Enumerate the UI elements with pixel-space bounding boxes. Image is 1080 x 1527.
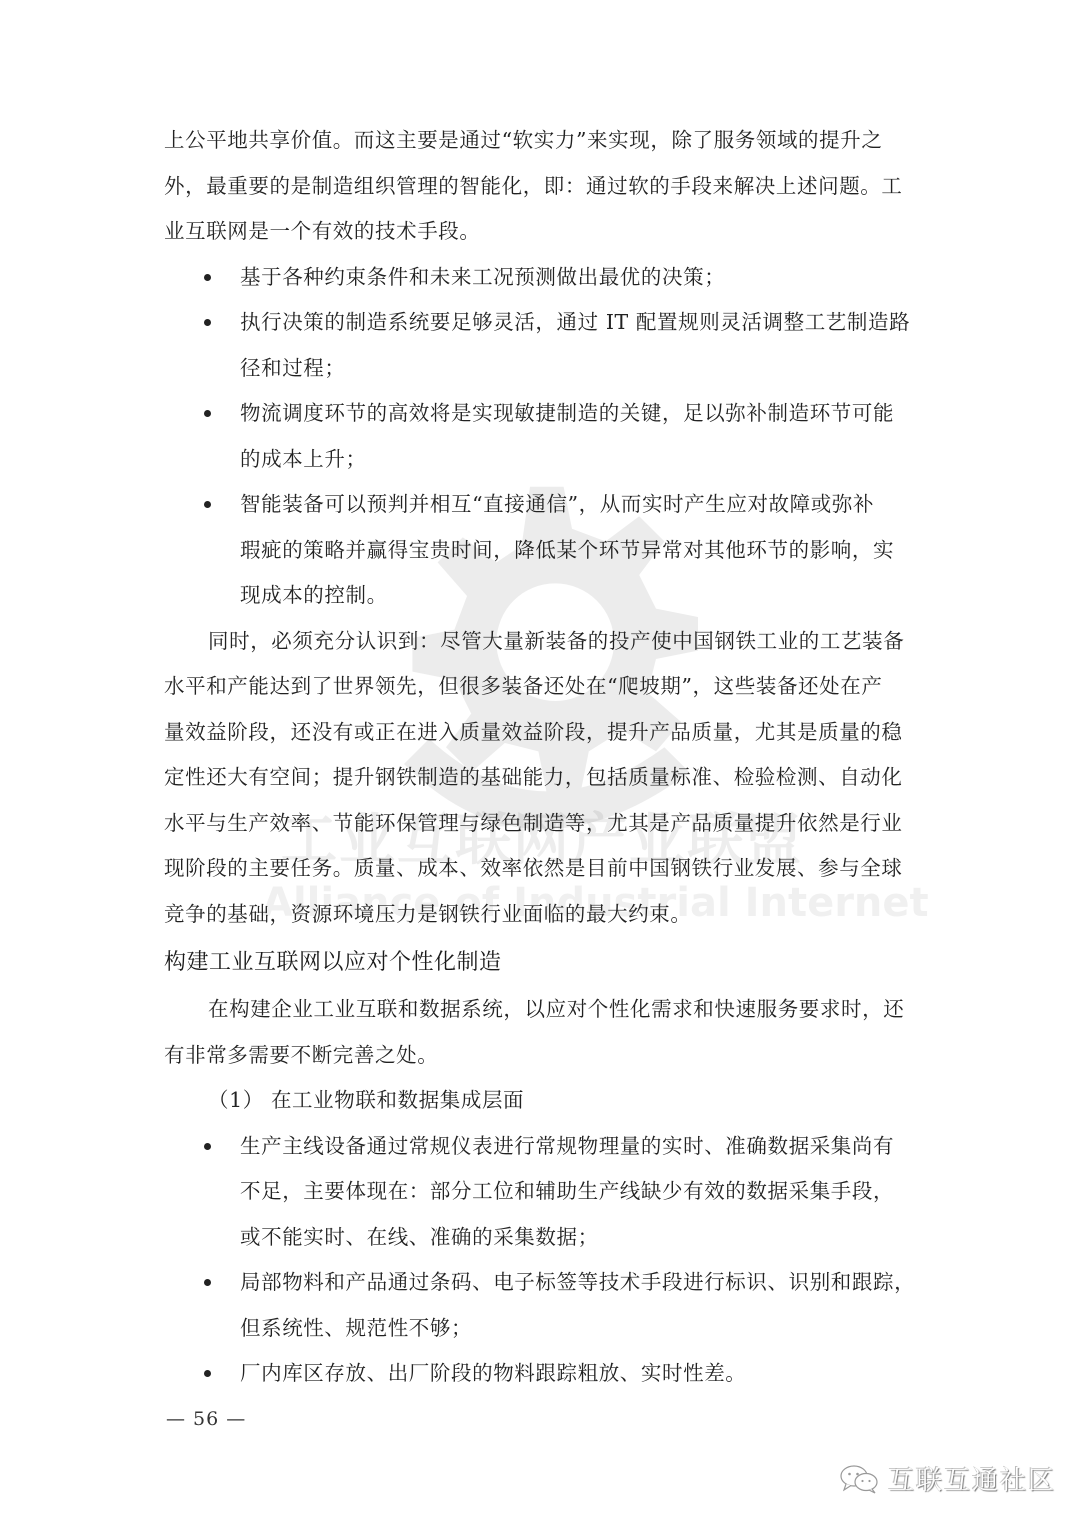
text-line: 水平与生产效率、节能环保管理与绿色制造等，尤其是产品质量提升依然是行业 xyxy=(164,801,920,847)
list-item: 生产主线设备通过常规仪表进行常规物理量的实时、准确数据采集尚有 不足，主要体现在… xyxy=(164,1124,920,1261)
list-item: 厂内库区存放、出厂阶段的物料跟踪粗放、实时性差。 xyxy=(164,1351,920,1397)
text-line: 定性还大有空间；提升钢铁制造的基础能力，包括质量标准、检验检测、自动化 xyxy=(164,755,920,801)
text-line: 水平和产能达到了世界领先，但很多装备还处在“爬坡期”，这些装备还处在产 xyxy=(164,664,920,710)
text-line: 上公平地共享价值。而这主要是通过“软实力”来实现，除了服务领域的提升之 xyxy=(164,118,920,164)
bullet-icon xyxy=(204,501,211,508)
text-line: 现成本的控制。 xyxy=(240,573,920,619)
list-item: 基于各种约束条件和未来工况预测做出最优的决策； xyxy=(164,255,920,301)
text-line: 瑕疵的策略并赢得宝贵时间，降低某个环节异常对其他环节的影响，实 xyxy=(240,528,920,574)
bullet-icon xyxy=(204,1143,211,1150)
text-line: 竞争的基础，资源环境压力是钢铁行业面临的最大约束。 xyxy=(164,892,920,938)
bullet-icon xyxy=(204,1370,211,1377)
page-number: — 56 — xyxy=(166,1408,246,1430)
text-line: 生产主线设备通过常规仪表进行常规物理量的实时、准确数据采集尚有 xyxy=(240,1124,920,1170)
text-line: 现阶段的主要任务。质量、成本、效率依然是目前中国钢铁行业发展、参与全球 xyxy=(164,846,920,892)
list-item: 局部物料和产品通过条码、电子标签等技术手段进行标识、识别和跟踪， 但系统性、规范… xyxy=(164,1260,920,1351)
section-heading: 构建工业互联网以应对个性化制造 xyxy=(164,939,920,987)
text-line: 同时，必须充分认识到：尽管大量新装备的投产使中国钢铁工业的工艺装备 xyxy=(164,619,920,665)
text-line: 局部物料和产品通过条码、电子标签等技术手段进行标识、识别和跟踪， xyxy=(240,1260,920,1306)
paragraph-intro: 在构建企业工业互联和数据系统，以应对个性化需求和快速服务要求时，还 有非常多需要… xyxy=(164,987,920,1078)
text-line: 物流调度环节的高效将是实现敏捷制造的关键，足以弥补制造环节可能 xyxy=(240,391,920,437)
paragraph-steel-industry: 同时，必须充分认识到：尽管大量新装备的投产使中国钢铁工业的工艺装备 水平和产能达… xyxy=(164,619,920,938)
text-line: 或不能实时、在线、准确的采集数据； xyxy=(240,1215,920,1261)
text-line: 不足，主要体现在：部分工位和辅助生产线缺少有效的数据采集手段， xyxy=(240,1169,920,1215)
text-line: 径和过程； xyxy=(240,346,920,392)
text-line: 有非常多需要不断完善之处。 xyxy=(164,1033,920,1079)
document-page: 工业互联网产业联盟 Alliance of Industrial Interne… xyxy=(0,0,1080,1527)
bullet-list-data-integration: 生产主线设备通过常规仪表进行常规物理量的实时、准确数据采集尚有 不足，主要体现在… xyxy=(164,1124,920,1397)
bullet-icon xyxy=(204,274,211,281)
wechat-icon xyxy=(838,1463,882,1495)
text-line: 智能装备可以预判并相互“直接通信”，从而实时产生应对故障或弥补 xyxy=(240,482,920,528)
text-line: 业互联网是一个有效的技术手段。 xyxy=(164,209,920,255)
text-line: 执行决策的制造系统要足够灵活，通过 IT 配置规则灵活调整工艺制造路 xyxy=(240,300,920,346)
brand-watermark: 互联互通社区 xyxy=(838,1460,1056,1497)
document-body: 上公平地共享价值。而这主要是通过“软实力”来实现，除了服务领域的提升之 外，最重… xyxy=(164,118,920,1397)
list-item: 执行决策的制造系统要足够灵活，通过 IT 配置规则灵活调整工艺制造路 径和过程； xyxy=(164,300,920,391)
bullet-list-decisions: 基于各种约束条件和未来工况预测做出最优的决策； 执行决策的制造系统要足够灵活，通… xyxy=(164,255,920,619)
text-line: 外，最重要的是制造组织管理的智能化，即：通过软的手段来解决上述问题。工 xyxy=(164,164,920,210)
list-item: 物流调度环节的高效将是实现敏捷制造的关键，足以弥补制造环节可能 的成本上升； xyxy=(164,391,920,482)
bullet-icon xyxy=(204,319,211,326)
text-line: 厂内库区存放、出厂阶段的物料跟踪粗放、实时性差。 xyxy=(240,1351,920,1397)
bullet-icon xyxy=(204,1279,211,1286)
bullet-icon xyxy=(204,410,211,417)
paragraph-continuation: 上公平地共享价值。而这主要是通过“软实力”来实现，除了服务领域的提升之 外，最重… xyxy=(164,118,920,255)
text-line: 但系统性、规范性不够； xyxy=(240,1306,920,1352)
text-line: 基于各种约束条件和未来工况预测做出最优的决策； xyxy=(240,255,920,301)
text-line: 在构建企业工业互联和数据系统，以应对个性化需求和快速服务要求时，还 xyxy=(164,987,920,1033)
text-line: 量效益阶段，还没有或正在进入质量效益阶段，提升产品质量，尤其是质量的稳 xyxy=(164,710,920,756)
list-item: 智能装备可以预判并相互“直接通信”，从而实时产生应对故障或弥补 瑕疵的策略并赢得… xyxy=(164,482,920,619)
numbered-subheading: （1） 在工业物联和数据集成层面 xyxy=(164,1078,920,1124)
brand-label: 互联互通社区 xyxy=(888,1460,1056,1497)
text-line: 的成本上升； xyxy=(240,437,920,483)
